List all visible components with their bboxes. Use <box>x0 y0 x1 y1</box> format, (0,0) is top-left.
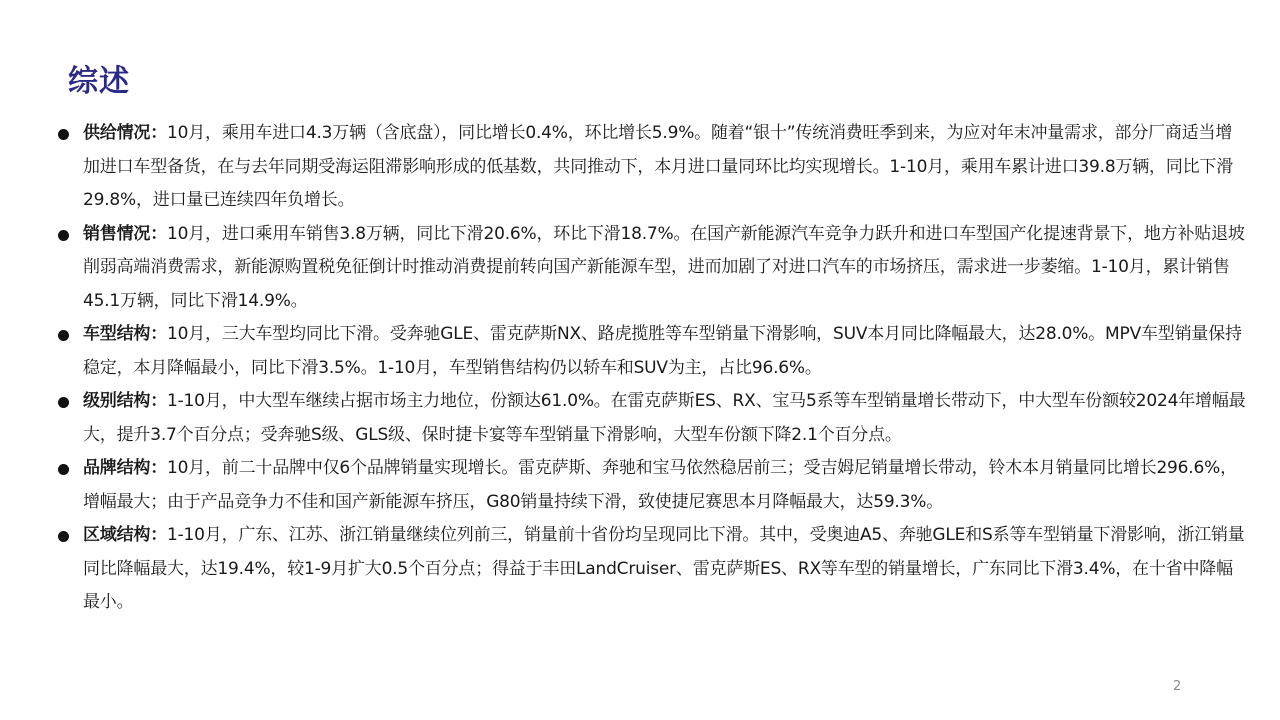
bullet-text: 10月，前二十品牌中仅6个品牌销量实现增长。雷克萨斯、奔驰和宝马依然稳居前三；受… <box>83 458 1237 512</box>
bullet-dot-icon <box>58 397 69 408</box>
bullet-label: 区域结构： <box>83 525 167 545</box>
bullet-dot-icon <box>58 464 69 475</box>
bullet-text: 1-10月，中大型车继续占据市场主力地位，份额达61.0%。在雷克萨斯ES、RX… <box>83 391 1245 445</box>
bullet-text: 1-10月，广东、江苏、浙江销量继续位列前三，销量前十省份均呈现同比下滑。其中，… <box>83 525 1245 612</box>
bullet-text: 10月，进口乘用车销售3.8万辆，同比下滑20.6%，环比下滑18.7%。在国产… <box>83 224 1245 311</box>
summary-bullet-list: 供给情况：10月，乘用车进口4.3万辆（含底盘），同比增长0.4%，环比增长5.… <box>56 117 1246 620</box>
bullet-dot-icon <box>58 230 69 241</box>
bullet-supply: 供给情况：10月，乘用车进口4.3万辆（含底盘），同比增长0.4%，环比增长5.… <box>56 117 1246 218</box>
bullet-text: 10月，乘用车进口4.3万辆（含底盘），同比增长0.4%，环比增长5.9%。随着… <box>83 123 1233 210</box>
bullet-region: 区域结构：1-10月，广东、江苏、浙江销量继续位列前三，销量前十省份均呈现同比下… <box>56 519 1246 620</box>
bullet-brand: 品牌结构：10月，前二十品牌中仅6个品牌销量实现增长。雷克萨斯、奔驰和宝马依然稳… <box>56 452 1246 519</box>
bullet-dot-icon <box>58 330 69 341</box>
bullet-label: 车型结构： <box>83 324 167 344</box>
bullet-label: 级别结构： <box>83 391 167 411</box>
bullet-label: 供给情况： <box>83 123 167 143</box>
page-number: 2 <box>1173 679 1181 694</box>
slide-title: 综述 <box>68 60 130 104</box>
bullet-sales: 销售情况：10月，进口乘用车销售3.8万辆，同比下滑20.6%，环比下滑18.7… <box>56 218 1246 319</box>
bullet-vehicle-type: 车型结构：10月，三大车型均同比下滑。受奔驰GLE、雷克萨斯NX、路虎揽胜等车型… <box>56 318 1246 385</box>
bullet-label: 销售情况： <box>83 224 167 244</box>
bullet-dot-icon <box>58 129 69 140</box>
bullet-text: 10月，三大车型均同比下滑。受奔驰GLE、雷克萨斯NX、路虎揽胜等车型销量下滑影… <box>83 324 1242 378</box>
bullet-label: 品牌结构： <box>83 458 167 478</box>
bullet-segment: 级别结构：1-10月，中大型车继续占据市场主力地位，份额达61.0%。在雷克萨斯… <box>56 385 1246 452</box>
bullet-dot-icon <box>58 531 69 542</box>
